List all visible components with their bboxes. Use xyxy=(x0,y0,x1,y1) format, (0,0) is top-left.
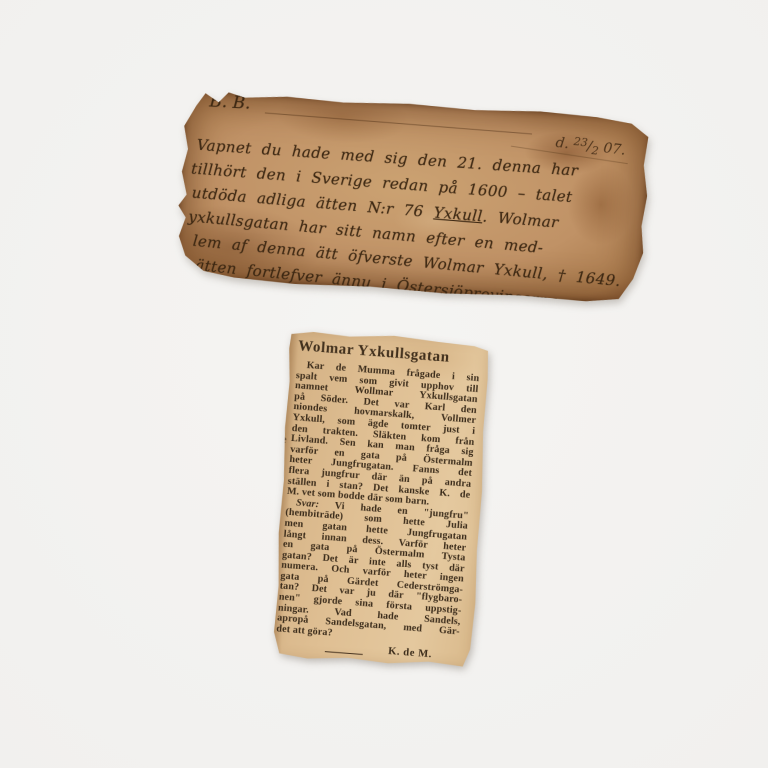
torn-edge-fragment: t xyxy=(286,365,290,376)
clipping-body: Kar de Mumma frågade i sin spalt vem som… xyxy=(275,360,480,667)
torn-edge-fragment: e xyxy=(282,434,287,445)
note-paper: B. B. d. 23/2 07. Vapnet du hade med sig… xyxy=(173,88,654,306)
clipping-paper: t e Wolmar Yxkullsgatan Kar de Mumma frå… xyxy=(271,329,491,670)
note-underlined-name: Yxkull xyxy=(433,203,483,225)
clipping-column: Wolmar Yxkullsgatan Kar de Mumma frågade… xyxy=(275,336,482,667)
newspaper-clipping: t e Wolmar Yxkullsgatan Kar de Mumma frå… xyxy=(271,329,491,670)
note-heading: B. B. xyxy=(209,91,251,113)
clipping-end-rule xyxy=(325,652,363,656)
photo-background: B. B. d. 23/2 07. Vapnet du hade med sig… xyxy=(0,0,768,768)
note-handwriting-block: Vapnet du hade med sig den 21. denna har… xyxy=(185,132,643,303)
note-date-day: 23 xyxy=(573,135,588,150)
handwritten-note: B. B. d. 23/2 07. Vapnet du hade med sig… xyxy=(173,88,654,306)
clipping-signature: K. de M. xyxy=(388,647,433,661)
note-line-text: . Wolmar xyxy=(482,207,560,231)
note-date-month: 2 xyxy=(591,144,599,158)
note-heading-underline xyxy=(265,112,532,134)
note-date-year: 07. xyxy=(602,140,626,158)
note-date-prefix: d. xyxy=(554,135,569,152)
